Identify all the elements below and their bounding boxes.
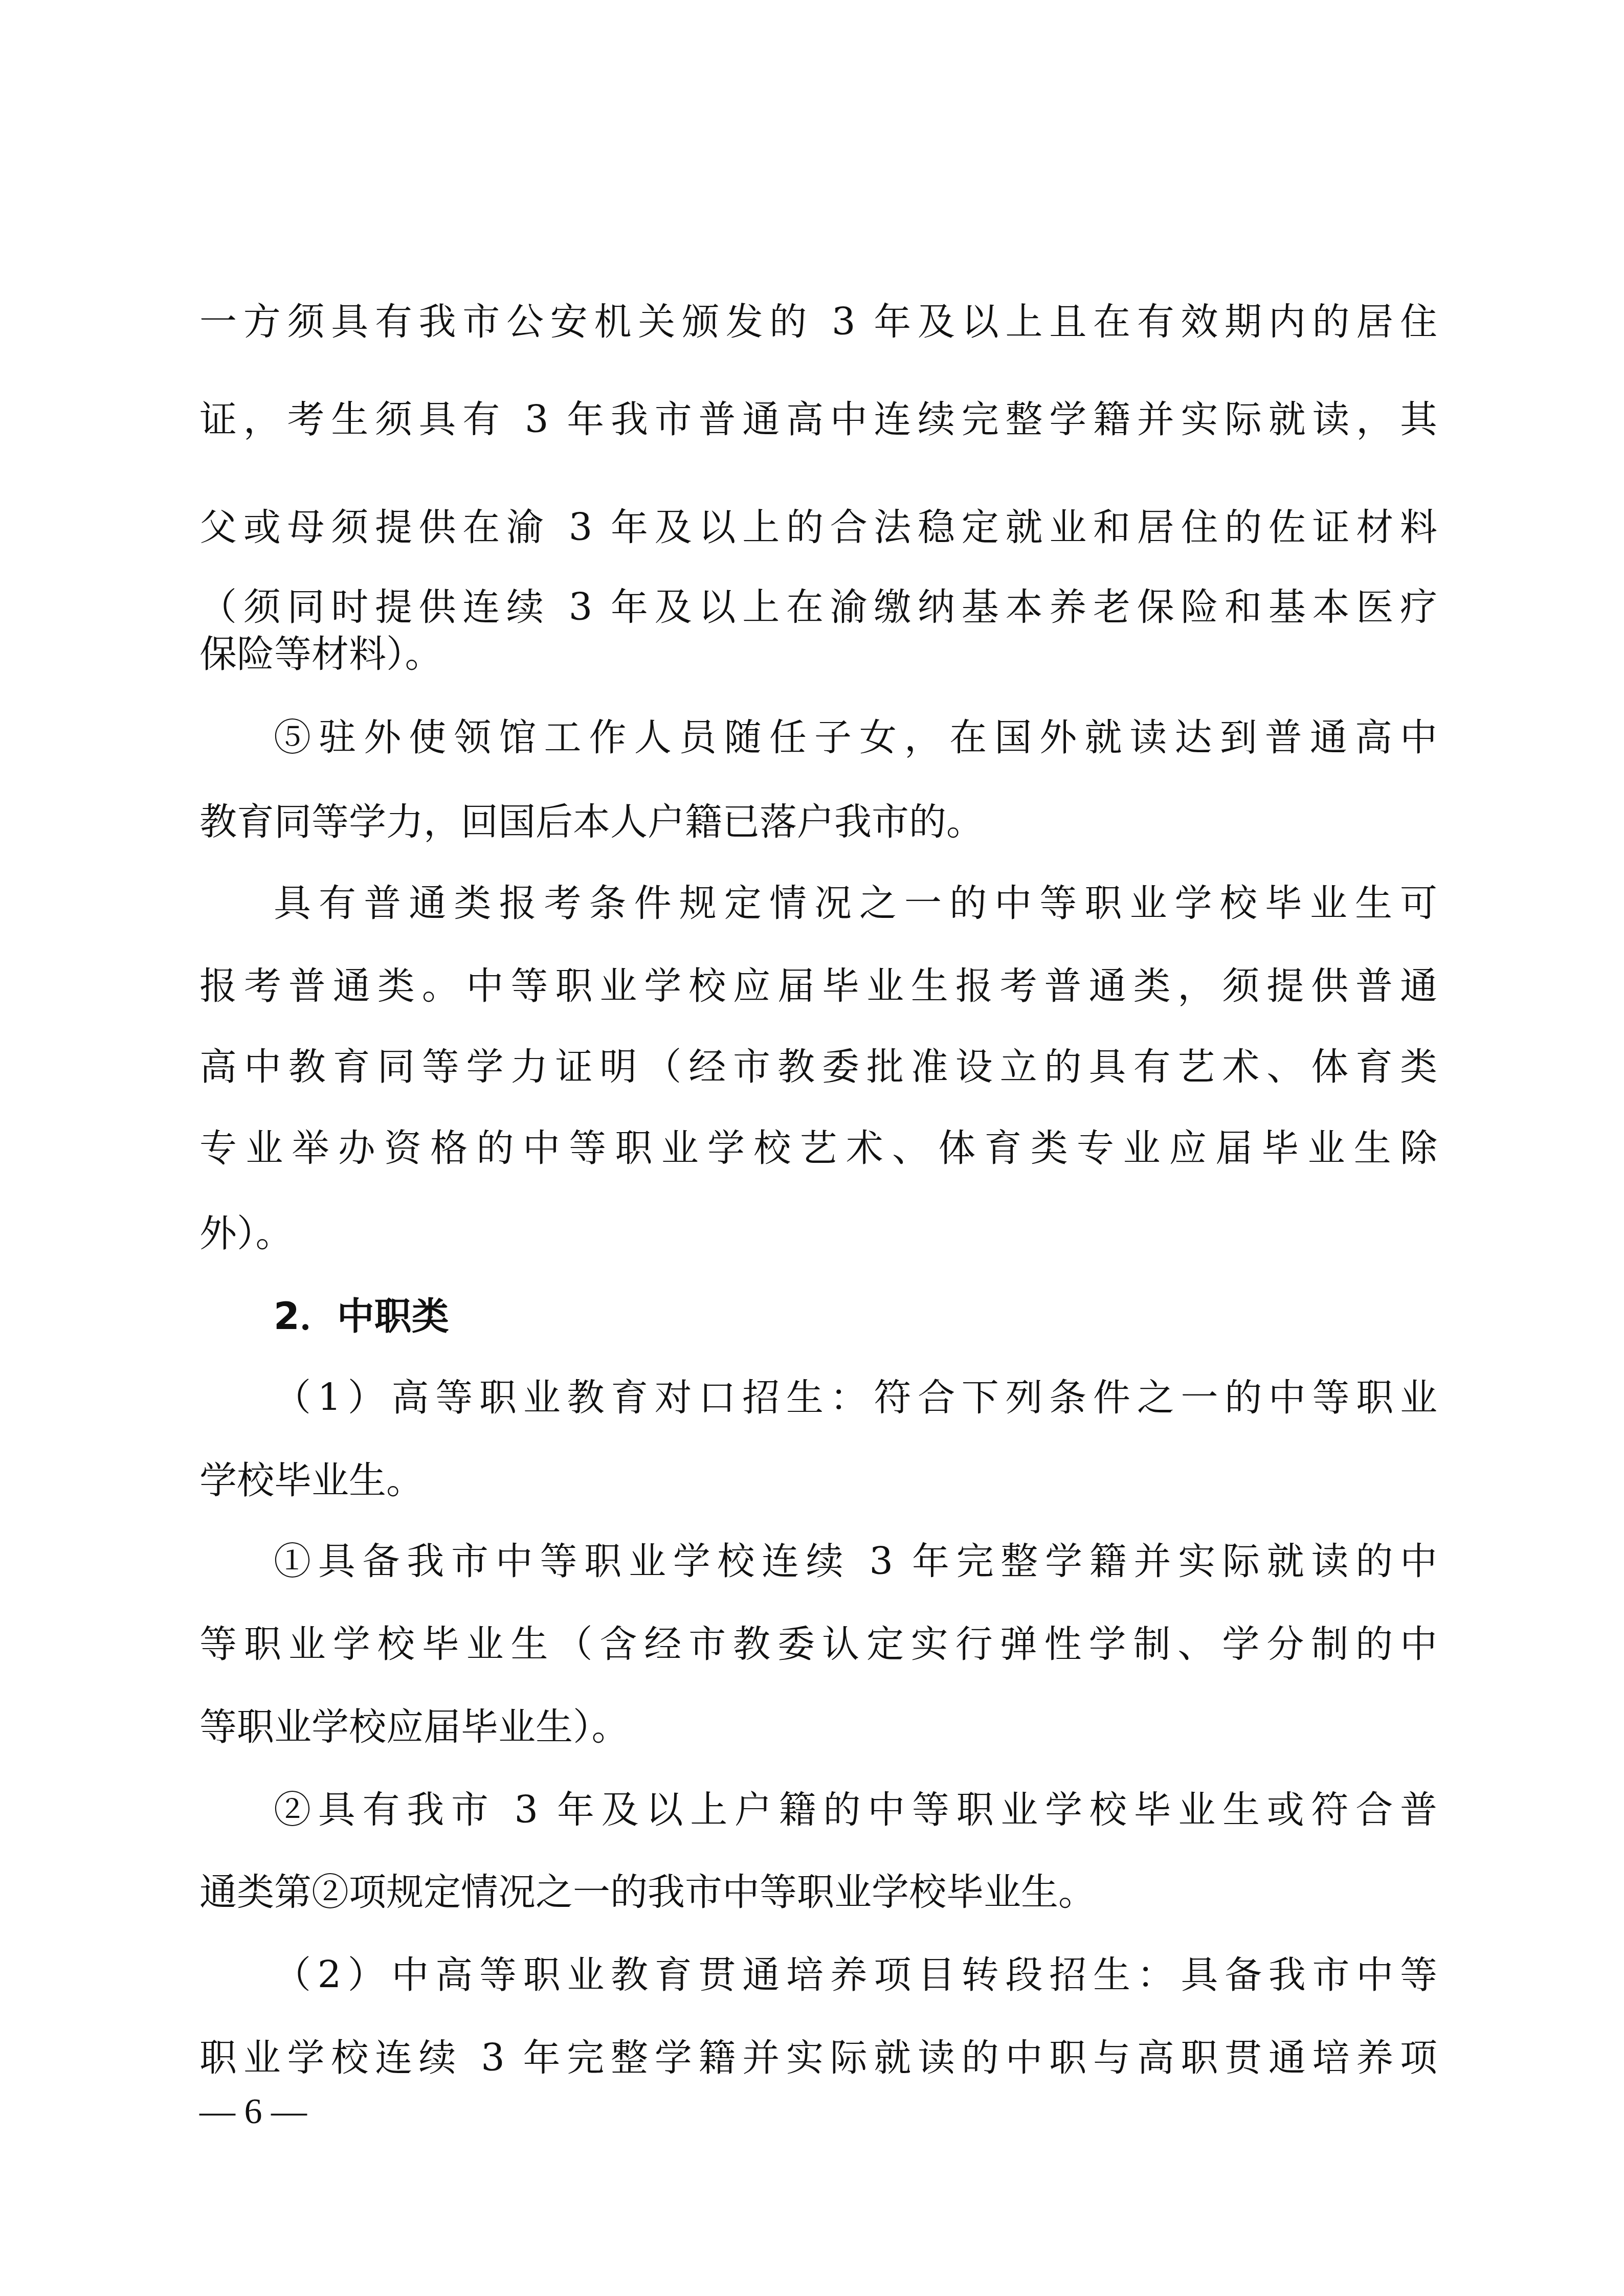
text-line: 专业举办资格的中等职业学校艺术、体育类专业应届毕业生除 bbox=[199, 1123, 1437, 1174]
text-line: ⑤驻外使领馆工作人员随任子女，在国外就读达到普通高中 bbox=[274, 712, 1437, 763]
text-line: 报考普通类。中等职业学校应届毕业生报考普通类，须提供普通 bbox=[199, 961, 1437, 1012]
text-line: （2）中高等职业教育贯通培养项目转段招生：具备我市中等 bbox=[274, 1950, 1437, 2001]
text-line: 外）。 bbox=[199, 1208, 1437, 1259]
text-line: 职业学校连续 3 年完整学籍并实际就读的中职与高职贯通培养项 bbox=[199, 2033, 1437, 2084]
text-line: （1）高等职业教育对口招生：符合下列条件之一的中等职业 bbox=[274, 1372, 1437, 1424]
text-line: 通类第②项规定情况之一的我市中等职业学校毕业生。 bbox=[199, 1867, 1437, 1918]
text-line: 等职业学校毕业生（含经市教委认定实行弹性学制、学分制的中 bbox=[199, 1619, 1437, 1670]
text-line: 学校毕业生。 bbox=[199, 1455, 1437, 1506]
text-line: ②具有我市 3 年及以上户籍的中等职业学校毕业生或符合普 bbox=[274, 1785, 1437, 1836]
text-line: （须同时提供连续 3 年及以上在渝缴纳基本养老保险和基本医疗 bbox=[199, 582, 1437, 633]
text-line: ①具备我市中等职业学校连续 3 年完整学籍并实际就读的中 bbox=[274, 1536, 1437, 1587]
text-line: 父或母须提供在渝 3 年及以上的合法稳定就业和居住的佐证材料 bbox=[199, 502, 1437, 553]
page-number: — 6 — bbox=[199, 2089, 307, 2135]
text-line: 高中教育同等学力证明（经市教委批准设立的具有艺术、体育类 bbox=[199, 1042, 1437, 1093]
text-line: 一方须具有我市公安机关颁发的 3 年及以上且在有效期内的居住 bbox=[199, 297, 1437, 348]
document-page: 一方须具有我市公安机关颁发的 3 年及以上且在有效期内的居住 证，考生须具有 3… bbox=[0, 0, 1624, 2296]
text-line: 保险等材料）。 bbox=[199, 629, 1437, 680]
section-heading: 2．中职类 bbox=[274, 1291, 1437, 1342]
text-line: 具有普通类报考条件规定情况之一的中等职业学校毕业生可 bbox=[274, 878, 1437, 929]
text-line: 教育同等学力，回国后本人户籍已落户我市的。 bbox=[199, 797, 1437, 848]
text-line: 等职业学校应届毕业生）。 bbox=[199, 1702, 1437, 1753]
text-line: 证，考生须具有 3 年我市普通高中连续完整学籍并实际就读，其 bbox=[199, 394, 1437, 445]
